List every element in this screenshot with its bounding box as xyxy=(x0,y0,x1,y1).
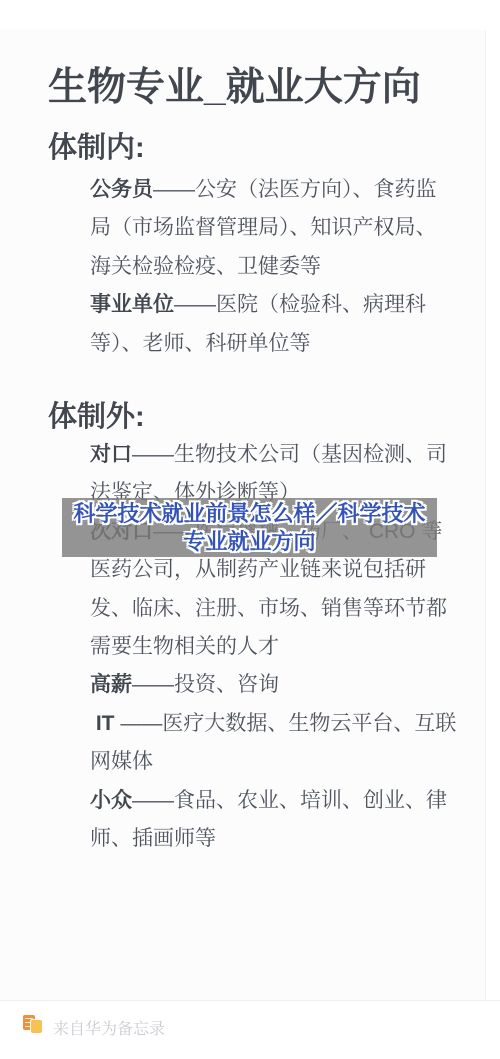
line-text: 海关检验检疫、卫健委等 xyxy=(90,255,321,278)
note-line: 发、临床、注册、市场、销售等环节都 xyxy=(90,590,470,628)
source-footer: 来自华为备忘录 xyxy=(0,1000,500,1059)
note-line: 需要生物相关的人才 xyxy=(90,628,470,666)
line-text: ——生物技术公司（基因检测、司 xyxy=(132,443,447,466)
note-line: 小众——食品、农业、培训、创业、律 xyxy=(90,782,470,820)
line-text: ——医院（检验科、病理科 xyxy=(174,293,426,316)
line-text: ——食品、农业、培训、创业、律 xyxy=(132,789,447,812)
note-line: 网媒体 xyxy=(90,743,470,781)
memo-icon xyxy=(23,1015,43,1034)
section-heading-inside-system: 体制内: xyxy=(48,131,145,165)
line-text: 发、临床、注册、市场、销售等环节都 xyxy=(90,597,447,620)
bold-term: 对口 xyxy=(90,443,132,466)
bold-term: IT xyxy=(90,712,120,735)
line-text: 医药公司，从制药产业链来说包括研 xyxy=(90,558,426,581)
note-title: 生物专业_就业大方向 xyxy=(48,65,421,111)
bold-term: 高薪 xyxy=(90,673,132,696)
note-line: 海关检验检疫、卫健委等 xyxy=(90,248,470,286)
watermark-overlay: 科学技术就业前景怎么样／科学技术 专业就业方向 xyxy=(62,498,437,557)
note-line: 局（市场监督管理局）、知识产权局、 xyxy=(90,209,470,247)
source-label: 来自华为备忘录 xyxy=(53,1016,165,1044)
note-line: 事业单位——医院（检验科、病理科 xyxy=(90,286,470,324)
section-body-inside-system: 公务员——公安（法医方向）、食药监 局（市场监督管理局）、知识产权局、 海关检验… xyxy=(90,171,470,363)
memo-icon-front-page xyxy=(31,1020,42,1033)
section-heading-outside-system: 体制外: xyxy=(48,400,145,434)
bold-term: 公务员 xyxy=(90,178,153,201)
line-text: ——医疗大数据、生物云平台、互联 xyxy=(120,712,456,735)
page: { "note": { "title": "生物专业_就业大方向", "sect… xyxy=(0,0,500,1059)
line-text: ——公安（法医方向）、食药监 xyxy=(153,178,437,201)
line-text: 局（市场监督管理局）、知识产权局、 xyxy=(90,216,437,239)
line-text: 师、插画师等 xyxy=(90,827,216,850)
note-line: 高薪——投资、咨询 xyxy=(90,666,470,704)
note-line: 师、插画师等 xyxy=(90,820,470,858)
line-text: 需要生物相关的人才 xyxy=(90,635,279,658)
note-line: IT ——医疗大数据、生物云平台、互联 xyxy=(90,705,470,743)
line-text: 网媒体 xyxy=(90,750,153,773)
bold-term: 事业单位 xyxy=(90,293,174,316)
note-line: 对口——生物技术公司（基因检测、司 xyxy=(90,436,470,474)
note-image: 生物专业_就业大方向 体制内: 公务员——公安（法医方向）、食药监 局（市场监督… xyxy=(0,30,486,1000)
note-line: 公务员——公安（法医方向）、食药监 xyxy=(90,171,470,209)
bold-term: 小众 xyxy=(90,789,132,812)
watermark-line-2: 专业就业方向 xyxy=(183,528,315,556)
line-text: ——投资、咨询 xyxy=(132,673,279,696)
watermark-line-1: 科学技术就业前景怎么样／科学技术 xyxy=(73,500,425,528)
line-text: 等）、老师、科研单位等 xyxy=(90,332,311,355)
note-line: 等）、老师、科研单位等 xyxy=(90,325,470,363)
